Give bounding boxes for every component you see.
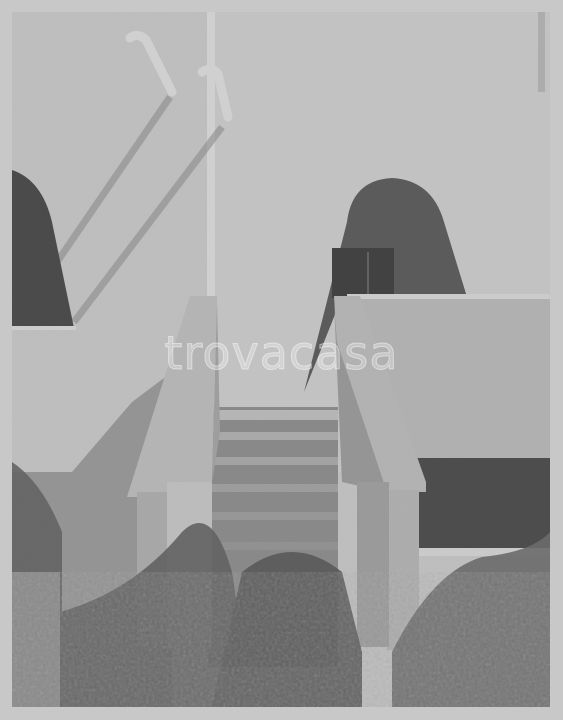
- property-photo: [12, 12, 550, 707]
